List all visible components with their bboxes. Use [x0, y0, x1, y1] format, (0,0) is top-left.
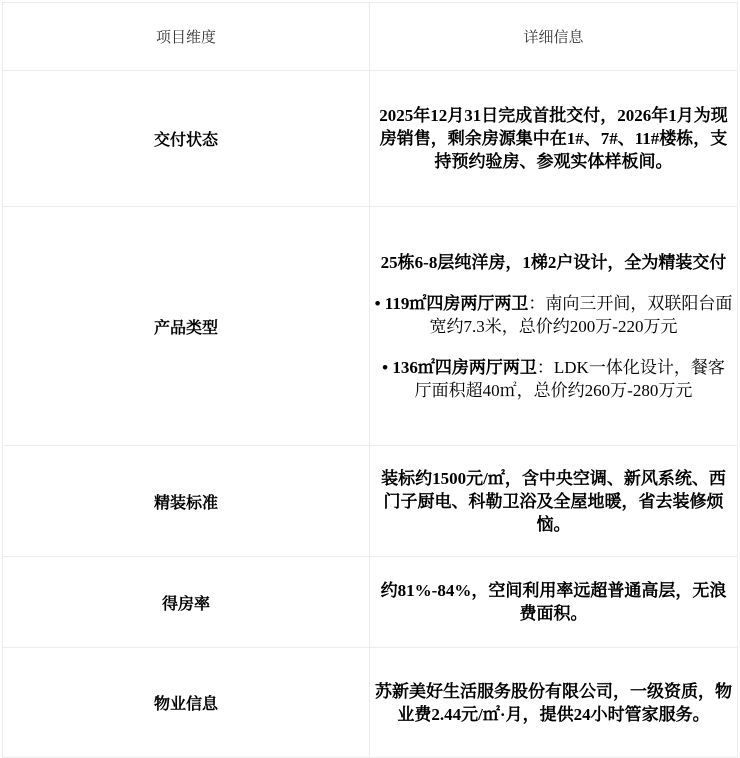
- cell-delivery-details: 2025年12月31日完成首批交付，2026年1月为现房销售，剩余房源集中在1#…: [370, 71, 737, 206]
- product-bullet-136: • 136㎡四房两厅两卫：LDK一体化设计，餐客厅面积超40㎡，总价约260万-…: [374, 356, 733, 402]
- row-delivery-status: 交付状态 2025年12月31日完成首批交付，2026年1月为现房销售，剩余房源…: [3, 71, 737, 207]
- cell-decoration-details: 装标约1500元/㎡，含中央空调、新风系统、西门子厨电、科勒卫浴及全屋地暖，省去…: [370, 446, 737, 556]
- row-label-usable-area-ratio: 得房率: [3, 557, 370, 647]
- product-bullet-119-title: • 119㎡四房两厅两卫: [375, 294, 529, 313]
- header-col-details: 详细信息: [370, 3, 737, 70]
- row-label-product-type: 产品类型: [3, 207, 370, 445]
- cell-property-details: 苏新美好生活服务股份有限公司，一级资质，物业费2.44元/㎡·月，提供24小时管…: [370, 648, 737, 757]
- product-bullet-119: • 119㎡四房两厅两卫：南向三开间，双联阳台面宽约7.3米，总价约200万-2…: [374, 292, 733, 338]
- delivery-status-text: 2025年12月31日完成首批交付，2026年1月为现房销售，剩余房源集中在1#…: [374, 104, 733, 173]
- product-bullet-136-title: • 136㎡四房两厅两卫: [382, 358, 537, 377]
- header-col-dimension: 项目维度: [3, 3, 370, 70]
- table-header-row: 项目维度 详细信息: [3, 3, 737, 71]
- row-property-info: 物业信息 苏新美好生活服务股份有限公司，一级资质，物业费2.44元/㎡·月，提供…: [3, 648, 737, 757]
- row-decoration-standard: 精装标准 装标约1500元/㎡，含中央空调、新风系统、西门子厨电、科勒卫浴及全屋…: [3, 446, 737, 557]
- row-label-decoration-standard: 精装标准: [3, 446, 370, 556]
- product-intro-text: 25栋6-8层纯洋房，1梯2户设计，全为精装交付: [381, 251, 727, 274]
- row-usable-area-ratio: 得房率 约81%-84%，空间利用率远超普通高层，无浪费面积。: [3, 557, 737, 648]
- decoration-standard-text: 装标约1500元/㎡，含中央空调、新风系统、西门子厨电、科勒卫浴及全屋地暖，省去…: [374, 467, 733, 536]
- cell-ratio-details: 约81%-84%，空间利用率远超普通高层，无浪费面积。: [370, 557, 737, 647]
- row-label-delivery-status: 交付状态: [3, 71, 370, 206]
- row-product-type: 产品类型 25栋6-8层纯洋房，1梯2户设计，全为精装交付 • 119㎡四房两厅…: [3, 207, 737, 446]
- row-label-property-info: 物业信息: [3, 648, 370, 757]
- property-info-text: 苏新美好生活服务股份有限公司，一级资质，物业费2.44元/㎡·月，提供24小时管…: [374, 680, 733, 726]
- usable-area-ratio-text: 约81%-84%，空间利用率远超普通高层，无浪费面积。: [374, 579, 733, 625]
- cell-product-details: 25栋6-8层纯洋房，1梯2户设计，全为精装交付 • 119㎡四房两厅两卫：南向…: [370, 207, 737, 445]
- project-info-table: 项目维度 详细信息 交付状态 2025年12月31日完成首批交付，2026年1月…: [2, 2, 738, 758]
